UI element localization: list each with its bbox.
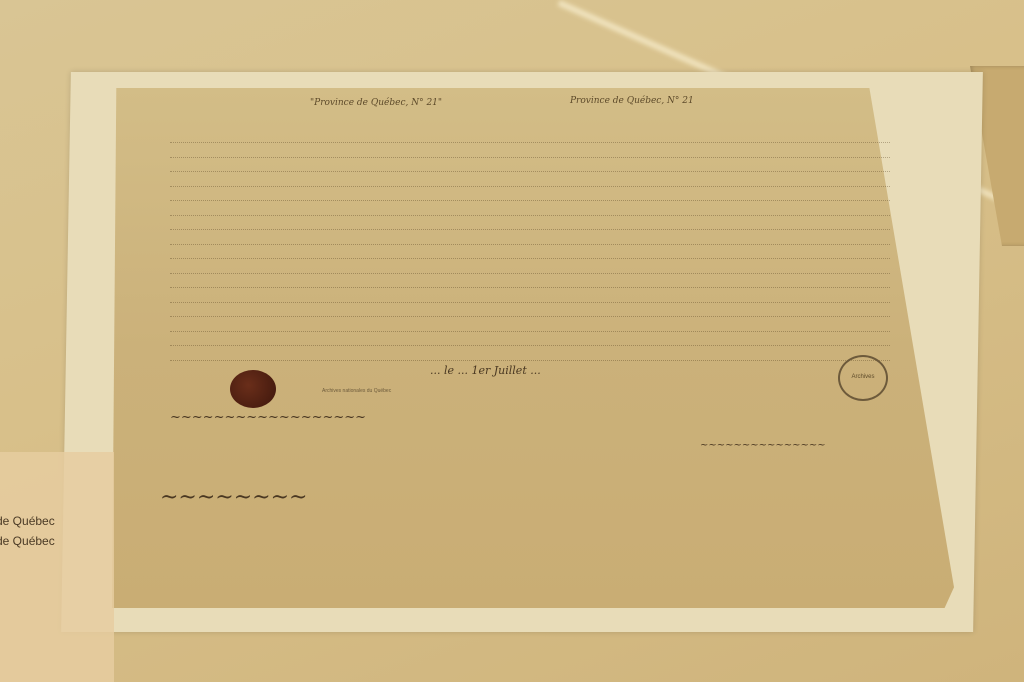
royal-signature: ~~~~~~~~ bbox=[160, 485, 307, 510]
placard-line-2: de Québec bbox=[0, 534, 55, 548]
header-right: Province de Québec, N° 21 bbox=[570, 96, 694, 106]
museum-placard: de Québec de Québec bbox=[0, 452, 114, 682]
closing-line: ... le ... 1er Juillet ... bbox=[430, 364, 541, 377]
header-left: "Province de Québec, N° 21" bbox=[310, 98, 442, 108]
wax-seal bbox=[230, 370, 276, 408]
archive-label: Archives nationales du Québec bbox=[322, 388, 391, 394]
placard-line-1: de Québec bbox=[0, 514, 55, 528]
archive-stamp: Archives bbox=[838, 355, 888, 401]
signature-block-right: ~~~~~~~~~~~~~~~ bbox=[700, 440, 826, 451]
signature-block-left: ~~~~~~~~~~~~~~~~~~ bbox=[170, 410, 366, 425]
handwritten-text-block bbox=[170, 130, 890, 362]
